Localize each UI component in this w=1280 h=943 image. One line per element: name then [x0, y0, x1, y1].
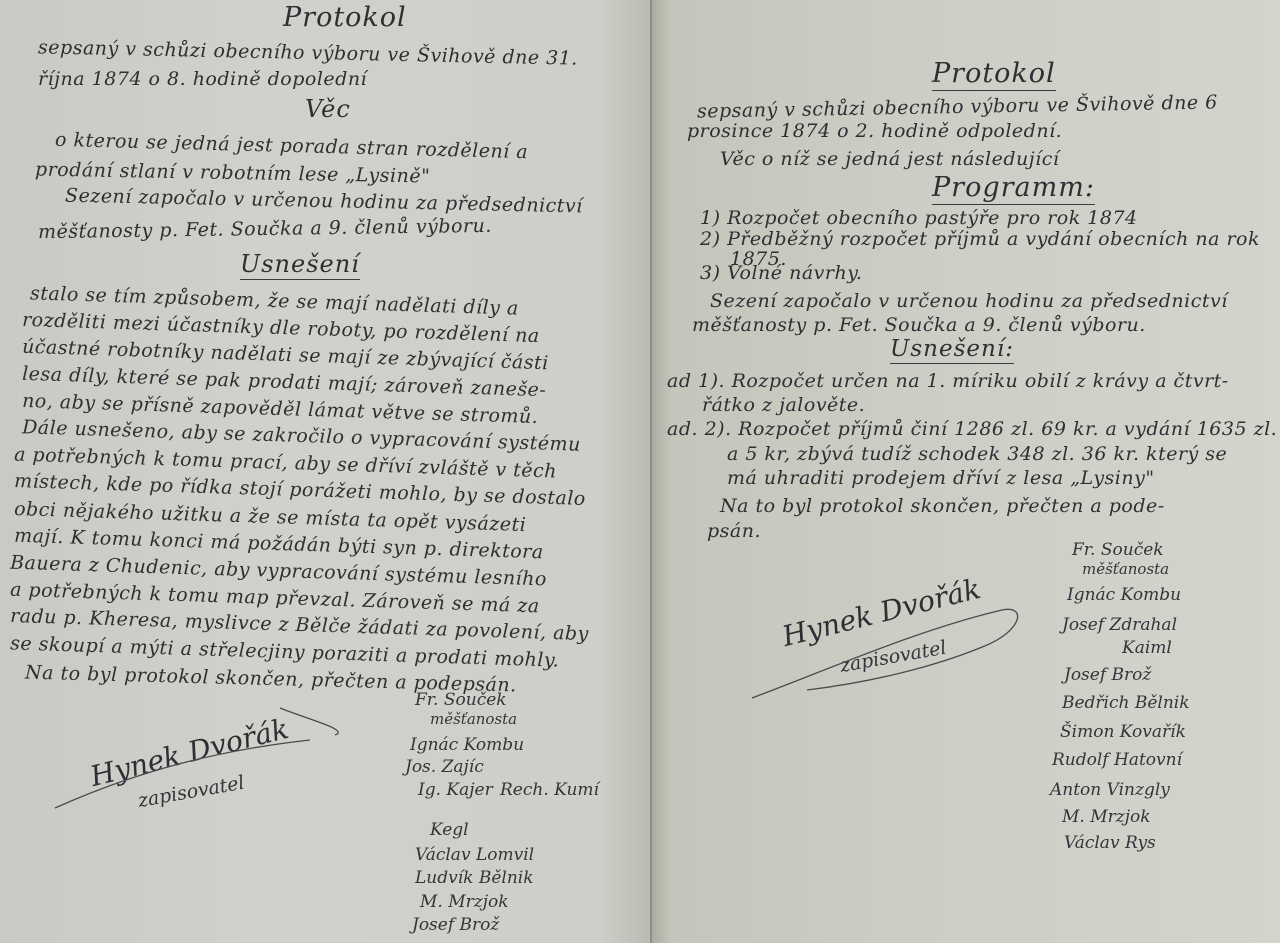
left-signature: M. Mrzjok	[420, 892, 509, 912]
right-subject-line: Věc o níž se jedná jest následující	[720, 148, 1059, 170]
left-signature: Fr. Souček	[415, 690, 507, 710]
left-signature: Václav Lomvil	[415, 845, 534, 865]
left-opening-line-1: Sezení započalo v určenou hodinu za před…	[65, 185, 583, 218]
left-signature: Jos. Zajíc	[405, 757, 484, 777]
right-signature: Rudolf Hatovní	[1052, 750, 1182, 770]
resolution-ad2: ad. 2). Rozpočet příjmů činí 1286 zl. 69…	[667, 418, 1277, 440]
right-signature: Anton Vinzgly	[1050, 780, 1170, 800]
resolution-text: Rozpočet určen na 1. míriku obilí z kráv…	[732, 370, 1229, 392]
left-heading-line-1: sepsaný v schůzi obecního výboru ve Švih…	[38, 36, 578, 69]
left-page-title: Protokol	[283, 2, 407, 33]
signature-flourish	[50, 690, 370, 820]
right-signature: Ignác Kombu	[1067, 585, 1181, 605]
left-subject-heading: Věc	[305, 95, 351, 123]
resolution-label: ad 1).	[667, 370, 725, 392]
right-signature: M. Mrzjok	[1062, 807, 1151, 827]
left-signature: Ignác Kombu	[410, 735, 524, 755]
right-signature: Fr. Souček	[1072, 540, 1164, 560]
right-signature: Šimon Kovařík	[1060, 722, 1186, 742]
right-signature: měšťanosta	[1082, 560, 1169, 578]
program-item-number: 3)	[700, 262, 721, 284]
resolution-ad1: ad 1). Rozpočet určen na 1. míriku obilí…	[667, 370, 1229, 392]
left-signature: Ig. Kajer	[418, 780, 493, 800]
right-signature: Václav Rys	[1064, 833, 1156, 853]
resolution-ad1-line-2: řátko z jalovětе.	[702, 394, 865, 416]
left-signature: Rech. Kumí	[500, 780, 599, 800]
resolution-label: ad. 2).	[667, 418, 732, 440]
right-heading-line-1: sepsaný v schůzi obecního výboru ve Švih…	[697, 91, 1218, 122]
right-program-heading: Programm:	[932, 172, 1095, 205]
left-resolution-heading: Usnešení	[240, 250, 360, 280]
right-signature: Josef Brož	[1064, 665, 1151, 685]
right-signature: Kaiml	[1122, 638, 1172, 658]
resolution-text: Rozpočet příjmů činí 1286 zl. 69 kr. a v…	[738, 418, 1277, 440]
program-item-number: 2)	[700, 228, 721, 250]
resolution-ad2-line-3: má uhraditi prodejem dříví z lesa „Lysin…	[727, 467, 1155, 489]
left-signature: Ludvík Bělnik	[415, 868, 534, 888]
right-signature: Josef Zdrahal	[1062, 615, 1177, 635]
left-heading-line-2: října 1874 o 8. hodině dopolední	[38, 68, 367, 90]
program-item-text: Rozpočet obecního pastýře pro rok 1874	[727, 207, 1138, 229]
program-item-2: 2) Předběžný rozpočet příjmů a vydání ob…	[700, 228, 1260, 250]
program-item-text: Předběžný rozpočet příjmů a vydání obecn…	[727, 228, 1260, 250]
right-page-title: Protokol	[932, 58, 1056, 91]
signature-flourish	[747, 590, 1027, 710]
program-item-number: 1)	[700, 207, 721, 229]
left-page: Protokol sepsaný v schůzi obecního výbor…	[0, 0, 650, 943]
right-page: Protokol sepsaný v schůzi obecního výbor…	[650, 0, 1280, 943]
resolution-ad2-line-2: a 5 kr, zbývá tudíž schodek 348 zl. 36 k…	[727, 443, 1227, 465]
right-resolution-heading: Usnešení:	[890, 336, 1014, 364]
right-opening-line-2: měšťanosty p. Fet. Součka a 9. členů výb…	[692, 314, 1146, 336]
left-subject-line-1: o kterou se jedná jest porada stran rozd…	[55, 129, 529, 163]
program-item-3: 3) Volné návrhy.	[700, 262, 862, 284]
right-closing-line-2: psán.	[707, 520, 761, 542]
left-signature: měšťanosta	[430, 710, 517, 728]
left-signature: Josef Brož	[412, 915, 499, 935]
right-opening-line-1: Sezení započalo v určenou hodinu za před…	[710, 290, 1228, 312]
right-closing-line-1: Na to byl protokol skončen, přečten a po…	[720, 495, 1165, 517]
program-item-1: 1) Rozpočet obecního pastýře pro rok 187…	[700, 207, 1138, 229]
left-signature: Kegl	[430, 820, 469, 840]
program-item-text: Volné návrhy.	[727, 262, 862, 284]
left-opening-line-2: měšťanosty p. Fet. Součka a 9. členů výb…	[38, 215, 492, 243]
right-signature: Bedřich Bělnik	[1062, 693, 1190, 713]
right-heading-line-2: prosince 1874 o 2. hodině odpolední.	[687, 120, 1062, 142]
left-subject-line-2: prodání stlaní v robotním lese „Lysině"	[35, 159, 431, 188]
